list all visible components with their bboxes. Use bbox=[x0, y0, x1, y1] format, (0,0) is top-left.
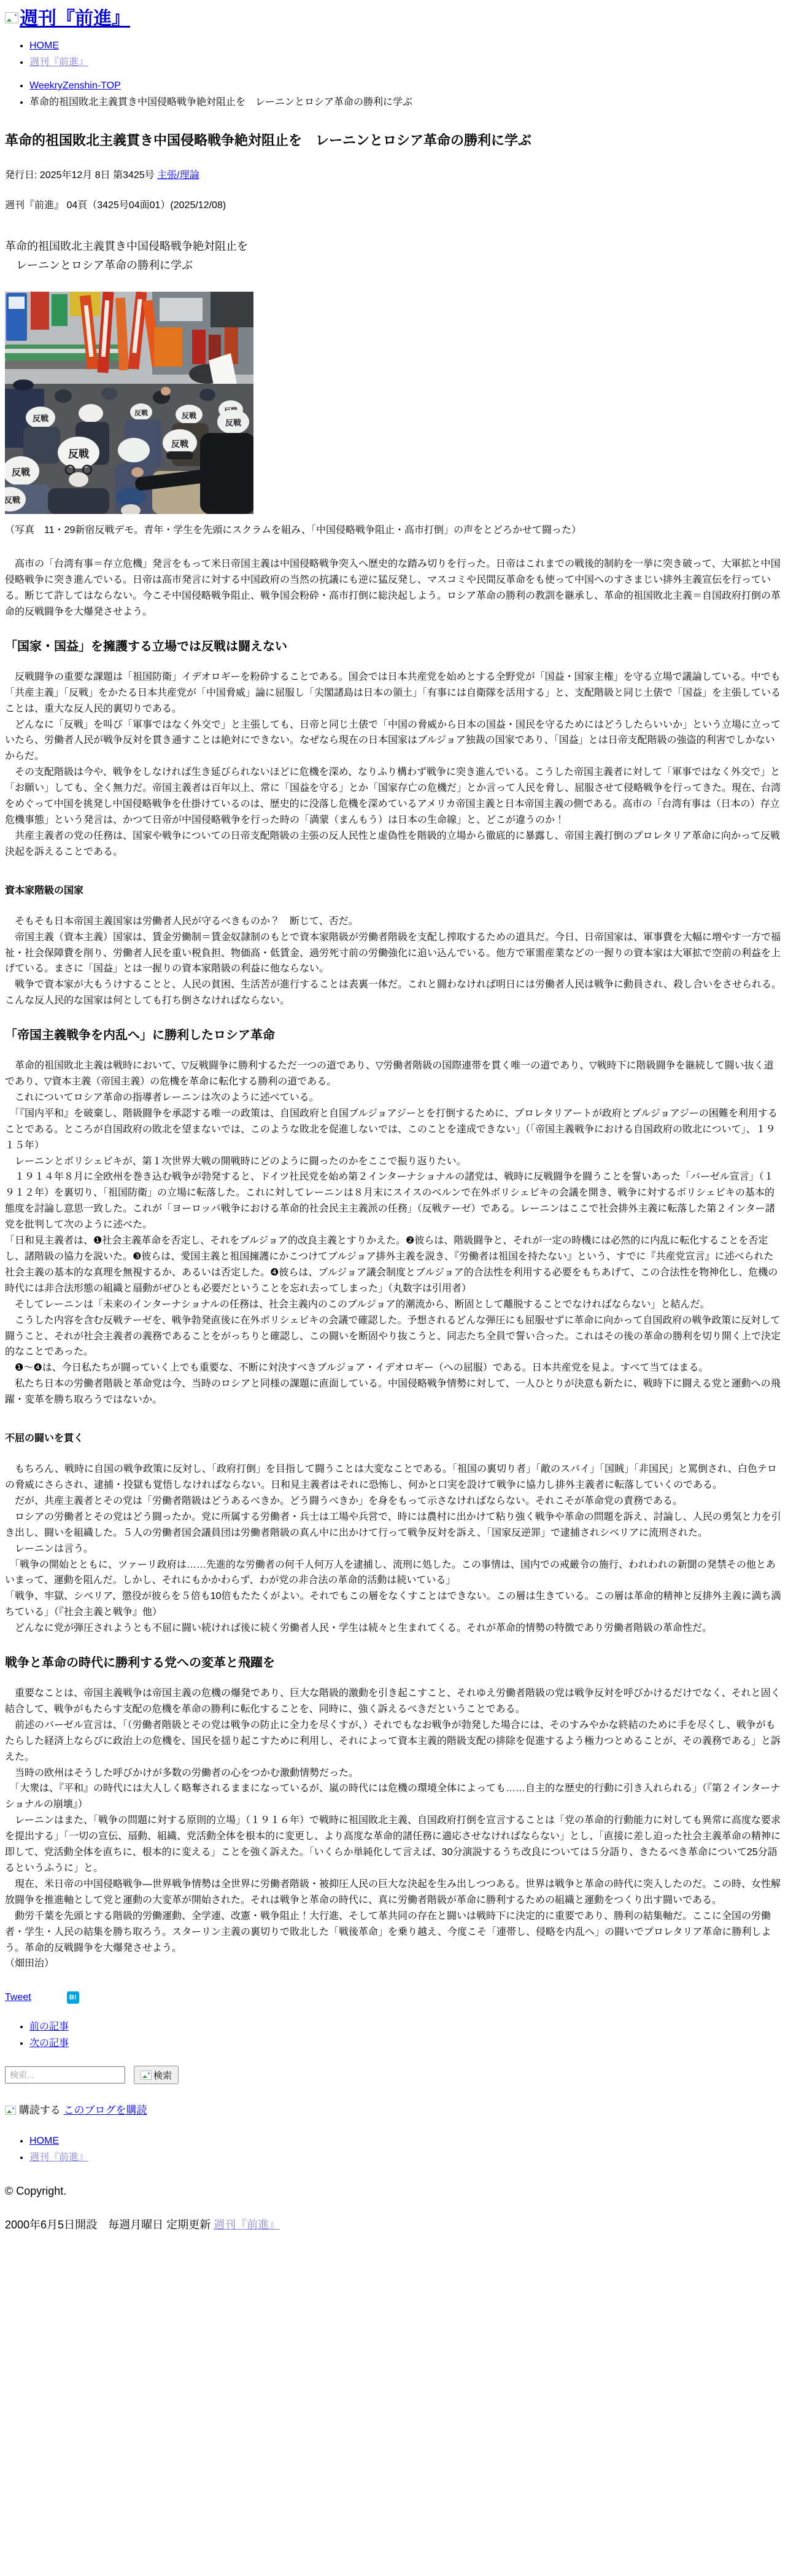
broken-image-icon bbox=[5, 2106, 16, 2115]
helmet-slogan-text: 反戦 bbox=[182, 411, 196, 420]
article-paragraph: 現在、米日帝の中国侵略戦争―世界戦争情勢は全世界に労働者階級・被抑圧人民の巨大な… bbox=[5, 1877, 783, 1909]
footer-nav-item-zenshin: 週刊『前進』 bbox=[29, 2150, 783, 2165]
issue-info: 週刊『前進』 04頁（3425号04面01）(2025/12/08) bbox=[5, 197, 783, 211]
hatena-bookmark-button[interactable]: B! bbox=[67, 1991, 79, 2004]
article-paragraph: ロシアの労働者とその党はどう闘ったか。党に所属する労働者・兵士は工場や兵営で、時… bbox=[5, 1509, 783, 1541]
site-footer: 前の記事 次の記事 検索 購読する このブログを購読 HOME 週刊『前進』 bbox=[5, 2020, 783, 2232]
article-paragraph: だが、共産主義者とその党は「労働者階級はどうあるべきか。どう闘うべきか」を身をも… bbox=[5, 1493, 783, 1509]
broken-image-icon bbox=[5, 12, 18, 23]
site-header: 週刊『前進』 HOME 週刊『前進』 WeekryZenshin-TOP 革命的… bbox=[5, 9, 783, 110]
article-title: 革命的祖国敗北主義貫き中国侵略戦争絶対阻止を レーニンとロシア革命の勝利に学ぶ bbox=[5, 132, 783, 150]
search-button[interactable]: 検索 bbox=[134, 2066, 179, 2084]
article-paragraph: 当時の欧州はそうした呼びかけが多数の労働者の心をつかむ激動情勢だった。 bbox=[5, 1765, 783, 1781]
footer-zenshin-link[interactable]: 週刊『前進』 bbox=[29, 2152, 88, 2163]
article-paragraph: その支配階級は今や、戦争をしなければ生き延びられないほどに危機を深め、なりふり構… bbox=[5, 765, 783, 828]
prev-article-item: 前の記事 bbox=[29, 2020, 783, 2034]
protest-photo-illustration: 反戦 反戦 反戦 反戦 反戦 反戦 bbox=[5, 292, 253, 514]
helmet-slogan-text: 反戦 bbox=[5, 496, 20, 505]
article: 革命的祖国敗北主義貫き中国侵略戦争絶対阻止を レーニンとロシア革命の勝利に学ぶ … bbox=[5, 132, 783, 2004]
article-paragraph: 革命的祖国敗北主義は戦時において、▽反戦闘争に勝利するただ一つの道であり、▽労働… bbox=[5, 1058, 783, 1090]
article-paragraph: 戦争で資本家が大もうけすることと、人民の貧困、生活苦が進行することは表裏一体だ。… bbox=[5, 977, 783, 1009]
article-paragraph: 重要なことは、帝国主義戦争は帝国主義の危機の爆発であり、巨大な階級的激動を引き起… bbox=[5, 1686, 783, 1718]
article-paragraph: レーニンは言う。 bbox=[5, 1541, 783, 1557]
article-paragraph: 「戦争の開始とともに、ツァーリ政府は……先進的な労働者の何千人何万人を逮捕し、流… bbox=[5, 1557, 783, 1589]
article-paragraph: （畑田治） bbox=[5, 1956, 783, 1972]
search-input[interactable] bbox=[5, 2066, 125, 2084]
article-paragraph: 「戦争、牢獄、シベリア、懲役が彼らを５倍も10倍もたたくがよい。それでもこの層を… bbox=[5, 1589, 783, 1621]
article-paragraph: レーニンはまた、「戦争の問題に対する原則的立場」（１９１６年）で戦時に祖国敗北主… bbox=[5, 1813, 783, 1877]
helmet-slogan-text: 反戦 bbox=[68, 448, 89, 460]
site-info-text: 2000年6月5日開設 毎週月曜日 定期更新 bbox=[5, 2219, 214, 2231]
article-paragraph: 前述のバーゼル宣言は、「（労働者階級とその党は戦争の防止に全力を尽くすが、）それ… bbox=[5, 1718, 783, 1765]
article-paragraph: そもそも日本帝国主義国家は労働者人民が守るべきものか？ 断じて、否だ。 bbox=[5, 914, 783, 930]
published-date: 発行日: 2025年12月 8日 第3425号 bbox=[5, 170, 155, 181]
site-info-zenshin-link[interactable]: 週刊『前進』 bbox=[214, 2219, 280, 2231]
helmet-slogan-text: 反戦 bbox=[134, 408, 148, 417]
article-paragraph: もちろん、戦時に自国の戦争政策に反対し、「政府打倒」を目指して闘うことは大変なこ… bbox=[5, 1461, 783, 1493]
headline-line1: 革命的祖国敗北主義貫き中国侵略戦争絶対阻止を bbox=[5, 237, 783, 257]
site-logo-link[interactable]: 週刊『前進』 bbox=[20, 9, 130, 29]
helmet-slogan-text: 反戦 bbox=[225, 418, 241, 427]
breadcrumb-item: 革命的祖国敗北主義貫き中国侵略戦争絶対阻止を レーニンとロシア革命の勝利に学ぶ bbox=[29, 95, 783, 110]
subscribe-row: 購読する このブログを購読 bbox=[5, 2101, 783, 2117]
article-paragraph: 反戦闘争の重要な課題は「祖国防衛」イデオロギーを粉砕することである。国会では日本… bbox=[5, 669, 783, 717]
helmet-slogan-text: 反戦 bbox=[171, 439, 188, 449]
section-heading: 「国家・国益」を擁護する立場では反戦は闘えない bbox=[5, 639, 783, 655]
article-paragraph: そしてレーニンは「未来のインターナショナルの任務は、社会主義内のこのブルジョア的… bbox=[5, 1297, 783, 1313]
nav-item-weekly-top: WeekryZenshin-TOP bbox=[29, 79, 783, 93]
article-paragraph: ❶〜❹は、今日私たちが闘っていく上でも重要な、不断に対決すべきブルジョア・イデオ… bbox=[5, 1360, 783, 1376]
next-article-item: 次の記事 bbox=[29, 2036, 783, 2051]
article-paragraph: レーニンとボリシェビキが、第１次世界大戦の開戦時にどのように闘ったのかをここで振… bbox=[5, 1154, 783, 1170]
article-paragraph: １９１４年８月に全欧州を巻き込む戦争が勃発すると、ドイツ社民党を始め第２インター… bbox=[5, 1169, 783, 1233]
article-paragraph: 帝国主義（資本主義）国家は、賃金労働制＝賃金奴隷制のもとで資本家階級が労働者階級… bbox=[5, 930, 783, 978]
subscribe-link[interactable]: このブログを購読 bbox=[63, 2104, 147, 2116]
helmet-slogan-text: 反戦 bbox=[12, 467, 30, 478]
post-navigation: 前の記事 次の記事 bbox=[5, 2020, 783, 2051]
nav-item-zenshin: 週刊『前進』 bbox=[29, 55, 783, 70]
nav-item-home: HOME bbox=[29, 39, 783, 53]
article-paragraph: どんなに「反戦」を叫び「軍事ではなく外交で」と主張しても、日帝と同じ土俵で「中国… bbox=[5, 717, 783, 765]
article-paragraph: 共産主義者の党の任務は、国家や戦争についての日帝支配階級の主張の反人民性と虚偽性… bbox=[5, 828, 783, 860]
sub-section-heading: 資本家階級の国家 bbox=[5, 882, 783, 897]
article-paragraph: 「大衆は、『平和』の時代には大人しく略奪されるままになっているが、嵐の時代には危… bbox=[5, 1781, 783, 1813]
copyright: © Copyright. bbox=[5, 2185, 783, 2198]
article-paragraph: 「『国内平和』を破棄し、階級闘争を承認する唯一の政策は、自国政府と自国ブルジョア… bbox=[5, 1106, 783, 1154]
article-paragraph: 高市の「台湾有事＝存立危機」発言をもって米日帝国主義は中国侵略戦争突入へ歴史的な… bbox=[5, 556, 783, 620]
prev-article-link[interactable]: 前の記事 bbox=[29, 2021, 69, 2032]
broken-image-icon bbox=[141, 2071, 152, 2080]
primary-nav: HOME 週刊『前進』 bbox=[5, 39, 783, 70]
footer-nav-item-home: HOME bbox=[29, 2134, 783, 2149]
article-paragraph: 動労千葉を先頭とする階級的労働運動、全学連、改憲・戦争阻止！大行進、そして革共同… bbox=[5, 1909, 783, 1956]
search-form: 検索 bbox=[5, 2066, 783, 2084]
tweet-link[interactable]: Tweet bbox=[5, 1992, 31, 2003]
article-photo: 反戦 反戦 反戦 反戦 反戦 反戦 bbox=[5, 292, 253, 514]
nav-weekly-zenshin-top-link[interactable]: WeekryZenshin-TOP bbox=[29, 80, 121, 91]
nav-home-link[interactable]: HOME bbox=[29, 41, 59, 51]
sub-section-heading: 不屈の闘いを貫く bbox=[5, 1430, 783, 1444]
headline-line2: レーニンとロシア革命の勝利に学ぶ bbox=[5, 256, 783, 276]
site-info: 2000年6月5日開設 毎週月曜日 定期更新 週刊『前進』 bbox=[5, 2216, 783, 2232]
breadcrumb-nav: WeekryZenshin-TOP 革命的祖国敗北主義貫き中国侵略戦争絶対阻止を… bbox=[5, 79, 783, 110]
article-headline: 革命的祖国敗北主義貫き中国侵略戦争絶対阻止を レーニンとロシア革命の勝利に学ぶ bbox=[5, 237, 783, 276]
article-paragraph: 「日和見主義者は、❶社会主義革命を否定し、それをブルジョア的改良主義とすりかえた… bbox=[5, 1233, 783, 1297]
photo-caption: （写真 11・29新宿反戦デモ。青年・学生を先頭にスクラムを組み、「中国侵略戦争… bbox=[5, 523, 783, 539]
article-paragraph: こうした内容を含む反戦テーゼを、戦争勃発直後に在外ボリシェビキの会議で確認した。… bbox=[5, 1313, 783, 1361]
article-body: 高市の「台湾有事＝存立危機」発言をもって米日帝国主義は中国侵略戦争突入へ歴史的な… bbox=[5, 556, 783, 1972]
breadcrumb-current: 革命的祖国敗北主義貫き中国侵略戦争絶対阻止を レーニンとロシア革命の勝利に学ぶ bbox=[29, 97, 412, 107]
helmet-slogan-text: 反戦 bbox=[33, 414, 48, 423]
nav-zenshin-link[interactable]: 週刊『前進』 bbox=[29, 57, 88, 68]
logo-row: 週刊『前進』 bbox=[5, 9, 783, 29]
section-heading: 戦争と革命の時代に勝利する党への変革と飛躍を bbox=[5, 1655, 783, 1671]
category-link[interactable]: 主張/理論 bbox=[157, 170, 199, 181]
share-row: Tweet B! bbox=[5, 1991, 783, 2004]
article-paragraph: どんなに党が弾圧されようとも不屈に闘い続ければ後に続く労働者人民・学生は続々と生… bbox=[5, 1621, 783, 1636]
subscribe-label: 購読する bbox=[19, 2104, 64, 2116]
page: 週刊『前進』 HOME 週刊『前進』 WeekryZenshin-TOP 革命的… bbox=[0, 0, 788, 2576]
search-button-label: 検索 bbox=[153, 2069, 172, 2082]
footer-nav: HOME 週刊『前進』 bbox=[5, 2134, 783, 2165]
next-article-link[interactable]: 次の記事 bbox=[29, 2038, 69, 2049]
section-heading: 「帝国主義戦争を内乱へ」に勝利したロシア革命 bbox=[5, 1027, 783, 1043]
footer-home-link[interactable]: HOME bbox=[29, 2136, 59, 2146]
article-paragraph: これについてロシア革命の指導者レーニンは次のように述べている。 bbox=[5, 1090, 783, 1106]
article-paragraph: 私たち日本の労働者階級と革命党は今、当時のロシアと同様の課題に直面している。中国… bbox=[5, 1376, 783, 1408]
article-meta: 発行日: 2025年12月 8日 第3425号 主張/理論 bbox=[5, 167, 783, 181]
